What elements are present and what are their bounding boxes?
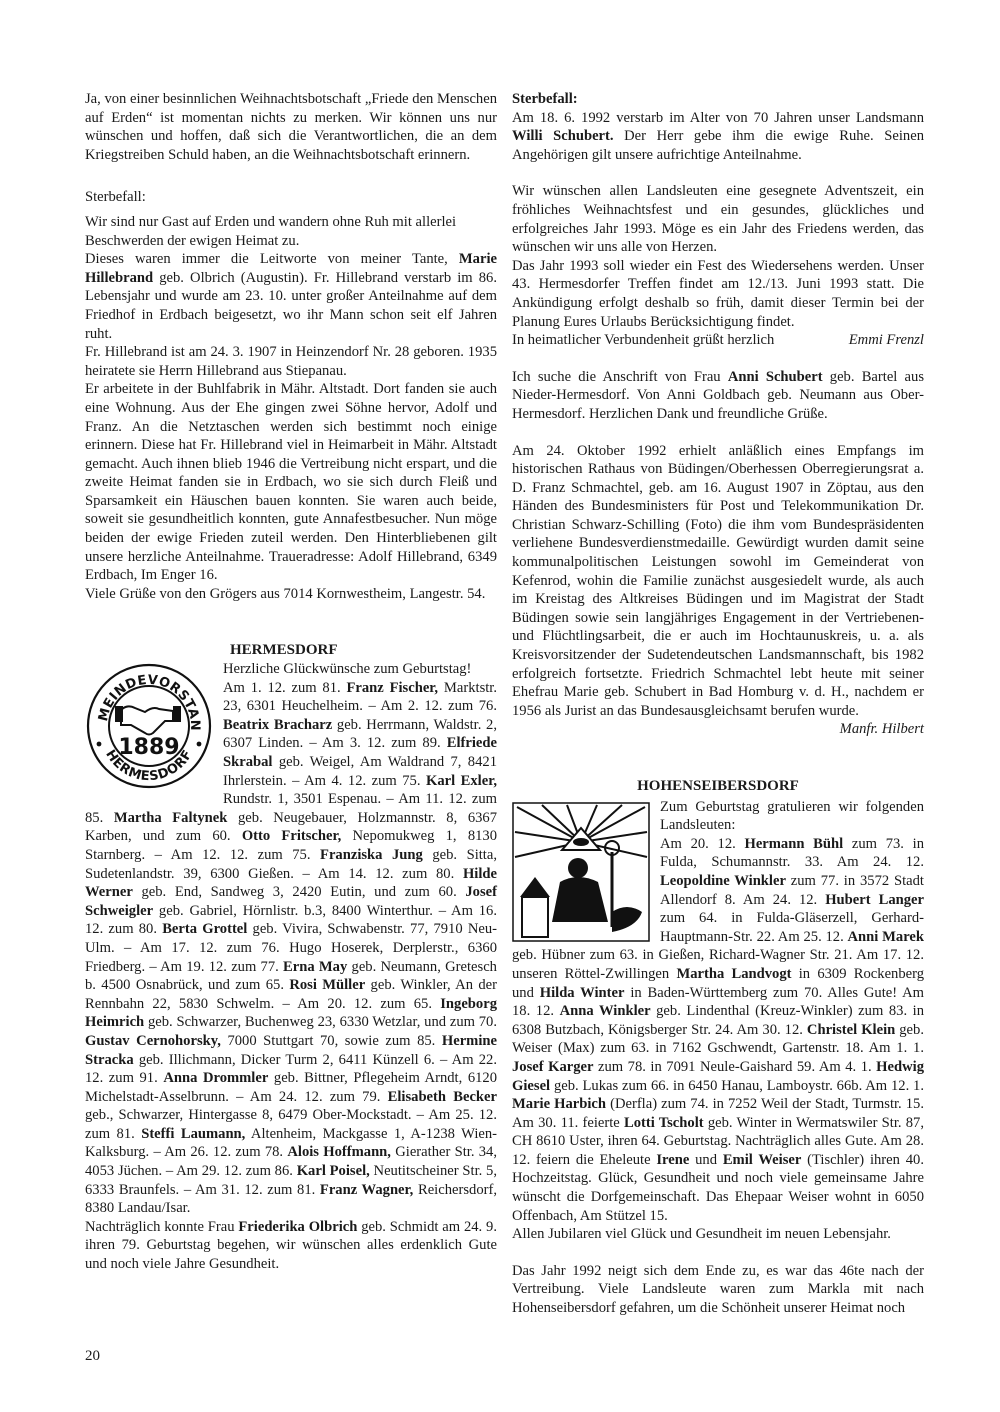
hermesdorf-section: HERMESDORF GEMEINDEVORSTAND HERMESDORF 1… [85, 641, 497, 1273]
person-name: Emil Weiser [723, 1152, 802, 1168]
person-name: Karl Exler, [426, 773, 497, 789]
person-name: Franz Wagner, [320, 1182, 413, 1198]
signature: Emmi Frenzl [849, 331, 924, 350]
death-notice-paragraph: Er arbeitete in der Buhlfabrik in Mähr. … [85, 380, 497, 585]
person-name: Hilde Werner [85, 866, 497, 901]
person-name: Gustav Cernohorsky, [85, 1033, 221, 1049]
hohenseibersdorf-section: HOHENSEIBERSDORF Zum Geburtstag gratulie… [512, 777, 924, 1318]
person-name: Hilda Winter [540, 985, 625, 1001]
person-name: Irene [656, 1152, 689, 1168]
person-name: Martha Landvogt [676, 966, 791, 982]
person-name: Anni Marek [848, 929, 924, 945]
signature: Manfr. Hilbert [840, 720, 924, 739]
person-name: Alois Hoffmann, [287, 1144, 391, 1160]
person-name: Beatrix Bracharz [223, 717, 332, 733]
intro-paragraph: Ja, von einer besinnlichen Weihnachtsbot… [85, 90, 497, 164]
death-notice-paragraph: Dieses waren immer die Leitworte von mei… [85, 250, 497, 343]
person-name: Anna Drommler [163, 1070, 268, 1086]
death-notice-paragraph: Am 18. 6. 1992 verstarb im Alter von 70 … [512, 109, 924, 165]
meeting-announcement: Das Jahr 1993 soll wieder ein Fest des W… [512, 257, 924, 331]
death-notice-heading: Sterbefall: [512, 90, 924, 109]
person-name: Otto Fritscher, [242, 828, 341, 844]
person-name: Franziska Jung [320, 847, 423, 863]
address-search: Ich suche die Anschrift von Frau Anni Sc… [512, 368, 924, 424]
person-name: Ingeborg Heimrich [85, 996, 497, 1031]
right-column: Sterbefall: Am 18. 6. 1992 verstarb im A… [512, 90, 924, 1318]
death-notice-heading: Sterbefall: [85, 188, 497, 207]
person-name: Elisabeth Becker [388, 1089, 497, 1105]
page-number: 20 [85, 1348, 100, 1365]
closing-line: Allen Jubilaren viel Glück und Gesundhei… [512, 1225, 924, 1244]
person-name: Anna Winkler [560, 1003, 651, 1019]
person-name: Leopoldine Winkler [660, 873, 786, 889]
person-name: Anni Schubert [728, 369, 823, 385]
person-name: Marie Harbich [512, 1096, 606, 1112]
section-heading-hermesdorf: HERMESDORF [85, 641, 497, 660]
woodcut-illustration-icon [512, 802, 650, 942]
person-name: Steffi Laumann, [141, 1126, 245, 1142]
greetings-line: Viele Grüße von den Grögers aus 7014 Kor… [85, 585, 497, 604]
deceased-name: Willi Schubert. [512, 128, 614, 144]
belated-birthday: Nachträglich konnte Frau Friederika Olbr… [85, 1218, 497, 1274]
outro-paragraph: Das Jahr 1992 neigt sich dem Ende zu, es… [512, 1262, 924, 1318]
person-name: Erna May [283, 959, 347, 975]
section-heading-hohenseibersdorf: HOHENSEIBERSDORF [512, 777, 924, 796]
person-name: Martha Faltynek [114, 810, 228, 826]
person-name: Christel Klein [807, 1022, 895, 1038]
person-name: Josef Schweigler [85, 884, 497, 919]
person-name: Friederika Olbrich [238, 1219, 357, 1235]
person-name: Karl Poisel, [297, 1163, 370, 1179]
person-name: Josef Karger [512, 1059, 594, 1075]
person-name: Berta Grottel [162, 921, 247, 937]
holiday-wishes: Wir wünschen allen Landsleuten eine gese… [512, 182, 924, 256]
svg-text:GEMEINDEVORSTAND: GEMEINDEVORSTAND [85, 662, 202, 731]
svg-text:1889: 1889 [118, 735, 179, 760]
death-notice-line: Wir sind nur Gast auf Erden und wandern … [85, 213, 497, 250]
person-name: Elfriede Skrabal [223, 735, 497, 770]
person-name: Hubert Langer [825, 892, 924, 908]
person-name: Lotti Tscholt [624, 1115, 704, 1131]
person-name: Hermann Bühl [744, 836, 843, 852]
closing-line: In heimatlicher Verbundenheit grüßt herz… [512, 331, 924, 350]
award-article: Am 24. Oktober 1992 erhielt anläßlich ei… [512, 442, 924, 721]
death-notice-paragraph: Fr. Hillebrand ist am 24. 3. 1907 in Hei… [85, 343, 497, 380]
person-name: Franz Fischer, [346, 680, 438, 696]
person-name: Rosi Müller [289, 977, 365, 993]
left-column: Ja, von einer besinnlichen Weihnachtsbot… [85, 90, 497, 1274]
gemeindevorstand-emblem-icon: GEMEINDEVORSTAND HERMESDORF 1889 [85, 662, 213, 790]
